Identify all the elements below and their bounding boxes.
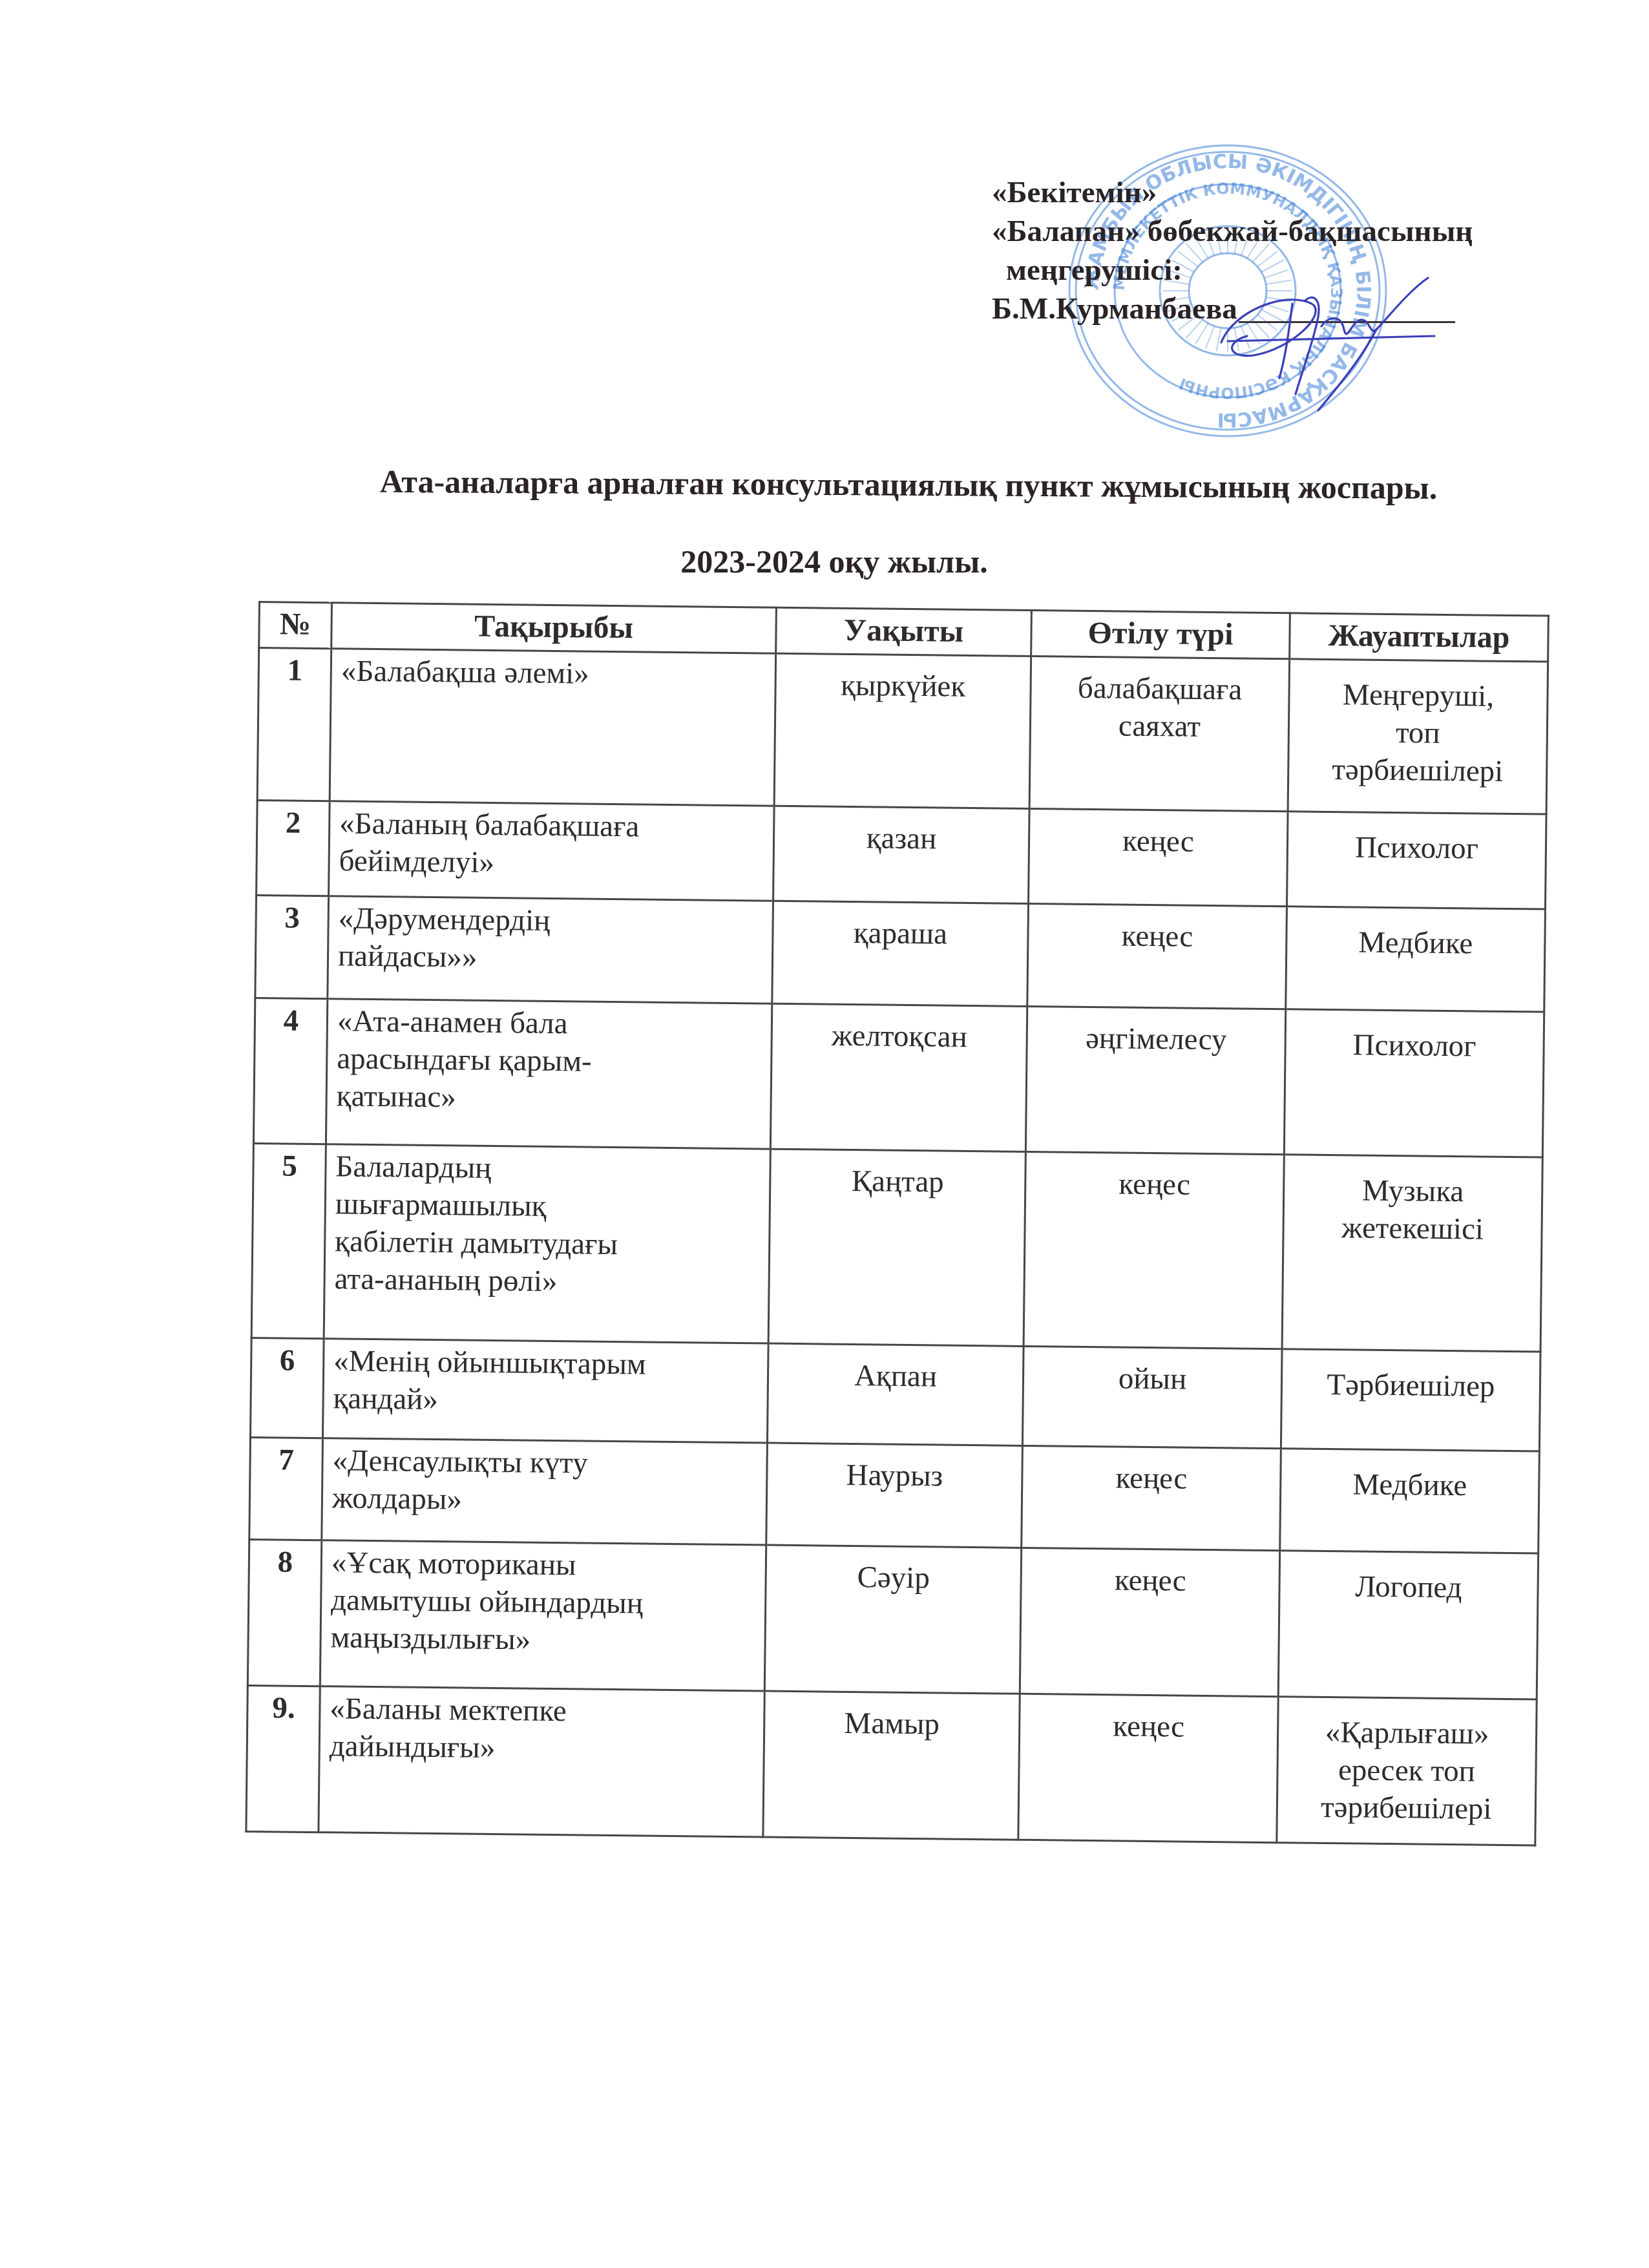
cell-line: ойын (1031, 1359, 1275, 1399)
topic-cell: «Дәрумендердіңпайдасы»» (328, 896, 773, 1003)
responsible-cell: «Қарлығаш»ересек топтәрибешілері (1277, 1697, 1537, 1845)
cell-line: арасындағы қарым- (337, 1040, 764, 1082)
row-number: 6 (250, 1338, 324, 1438)
responsible-cell: Медбике (1286, 907, 1546, 1012)
cell-line: «Балабақша әлемі» (341, 652, 769, 694)
cell-line: кеңес (1036, 821, 1281, 861)
header-form: Өтілу түрі (1031, 610, 1290, 658)
cell-line: Тәрбиешілер (1289, 1365, 1533, 1405)
row-number: 2 (257, 800, 330, 896)
cell-line: тәрибешілері (1285, 1788, 1529, 1828)
time-cell: қараша (772, 901, 1029, 1006)
cell-line: Психолог (1292, 1025, 1537, 1066)
row-number: 8 (247, 1539, 321, 1686)
time-cell: Наурыз (766, 1443, 1023, 1548)
cell-line: бейімделуі» (339, 842, 766, 884)
cell-line: дайындығы» (330, 1727, 757, 1769)
cell-line: «Денсаулықты күту (332, 1442, 760, 1484)
header-time: Уақыты (776, 607, 1032, 656)
signature-line (1239, 320, 1455, 323)
cell-line: балабақшаға (1038, 669, 1282, 709)
time-cell: Сәуір (764, 1545, 1021, 1694)
cell-line: маңыздылығы» (330, 1619, 758, 1661)
table-row: 3«Дәрумендердіңпайдасы»»қарашакеңесМедби… (255, 895, 1546, 1012)
form-cell: кеңес (1024, 1151, 1284, 1349)
table-row: 8«Ұсақ моториканыдамытушы ойындардыңмаңы… (247, 1539, 1538, 1699)
table-row: 6«Менің ойыншықтарымқандай»АқпанойынТәрб… (250, 1338, 1540, 1451)
time-cell: қазан (773, 806, 1030, 903)
time-cell: Қаңтар (768, 1149, 1025, 1346)
cell-line: дамытушы ойындардың (331, 1581, 759, 1623)
topic-cell: «Менің ойыншықтарымқандай» (322, 1339, 768, 1443)
cell-line: Меңгеруші, (1296, 675, 1540, 715)
form-cell: әңгімелесу (1025, 1006, 1285, 1154)
cell-line: кеңес (1029, 1458, 1274, 1498)
cell-line: саяхат (1038, 706, 1282, 746)
topic-cell: «Баланы мектепкедайындығы» (319, 1686, 764, 1837)
row-number: 7 (249, 1437, 323, 1540)
form-cell: кеңес (1022, 1445, 1281, 1550)
form-cell: кеңес (1020, 1548, 1279, 1696)
responsible-cell: Меңгеруші,топтәрбиешілері (1288, 659, 1548, 814)
cell-line: Психолог (1295, 828, 1539, 868)
cell-line: шығармашылық (335, 1185, 763, 1227)
academic-year: 2023-2024 оқу жылы. (0, 543, 1649, 580)
topic-cell: Балалардыңшығармашылыққабілетін дамытуда… (324, 1144, 770, 1343)
responsible-cell: Логопед (1278, 1551, 1538, 1699)
cell-line: «Менің ойыншықтарым (333, 1342, 761, 1384)
time-cell: Мамыр (763, 1691, 1020, 1840)
topic-cell: «Баланың балабақшағабейімделуі» (329, 801, 775, 901)
approval-block: «Бекітемін» «Балапан» бөбекжай-бақшасыны… (992, 173, 1473, 328)
row-number: 1 (257, 648, 331, 801)
plan-table: № Тақырыбы Уақыты Өтілу түрі Жауаптылар … (245, 601, 1549, 1847)
cell-line: тәрбиешілері (1296, 750, 1540, 790)
cell-line: «Ата-анамен бала (337, 1002, 765, 1044)
header-number: № (259, 602, 332, 649)
table-row: 5Балалардыңшығармашылыққабілетін дамытуд… (251, 1143, 1542, 1352)
responsible-cell: Медбике (1280, 1449, 1540, 1553)
header-topic: Тақырыбы (331, 603, 777, 653)
position-title: меңгерушісі: (992, 251, 1473, 289)
form-cell: балабақшағасаяхат (1029, 656, 1290, 811)
row-number: 4 (253, 998, 327, 1144)
cell-line: қатынас» (336, 1077, 764, 1119)
cell-line: «Дәрумендердің (338, 899, 766, 941)
topic-cell: «Ата-анамен балаарасындағы қарым-қатынас… (326, 999, 772, 1149)
cell-line: кеңес (1033, 1164, 1277, 1204)
header-responsible: Жауаптылар (1290, 613, 1549, 662)
table-row: 4«Ата-анамен балаарасындағы қарым-қатына… (253, 998, 1544, 1157)
table-row: 2«Баланың балабақшағабейімделуі»қазанкең… (257, 800, 1546, 909)
form-cell: кеңес (1027, 903, 1287, 1009)
responsible-cell: Тәрбиешілер (1281, 1349, 1540, 1451)
cell-line: қабілетін дамытудағы (335, 1223, 762, 1265)
cell-line: «Қарлығаш» (1285, 1713, 1529, 1753)
signer-row: Б.М.Курманбаева (992, 289, 1473, 328)
cell-line: жолдары» (332, 1479, 760, 1521)
row-number: 3 (255, 895, 329, 998)
plan-table-container: № Тақырыбы Уақыты Өтілу түрі Жауаптылар … (245, 601, 1549, 1847)
cell-line: ата-ананың рөлі» (334, 1260, 762, 1302)
row-number: 9. (246, 1685, 320, 1832)
cell-line: қандай» (333, 1380, 761, 1422)
cell-line: Балалардың (335, 1148, 763, 1190)
cell-line: ересек топ (1285, 1750, 1529, 1790)
document-title: Ата-аналарға арналған консультациялық пу… (0, 460, 1649, 508)
cell-line: «Баланың балабақшаға (339, 804, 767, 846)
time-cell: қыркүйек (774, 653, 1031, 808)
cell-line: «Баланы мектепке (330, 1690, 757, 1732)
approval-heading: «Бекітемін» (992, 173, 1473, 212)
cell-line: топ (1296, 713, 1540, 753)
responsible-cell: Психолог (1287, 812, 1546, 909)
cell-line: Музыка (1291, 1171, 1535, 1211)
signer-name: Б.М.Курманбаева (992, 289, 1237, 328)
cell-line: Логопед (1287, 1567, 1531, 1607)
topic-cell: «Балабақша әлемі» (330, 649, 776, 806)
cell-line: пайдасы»» (338, 937, 766, 979)
table-row: 9.«Баланы мектепкедайындығы»Мамыркеңес«Қ… (246, 1685, 1537, 1845)
time-cell: желтоқсан (770, 1003, 1027, 1151)
row-number: 5 (251, 1143, 326, 1338)
table-row: 7«Денсаулықты күтужолдары»НаурызкеңесМед… (249, 1437, 1540, 1553)
responsible-cell: Психолог (1284, 1009, 1544, 1157)
cell-line: кеңес (1028, 1560, 1272, 1601)
cell-line: Медбике (1288, 1465, 1532, 1505)
topic-cell: «Ұсақ моториканыдамытушы ойындардыңмаңыз… (320, 1540, 766, 1691)
table-row: 1«Балабақша әлемі»қыркүйекбалабақшағасая… (257, 648, 1548, 815)
cell-line: Медбике (1294, 923, 1538, 963)
responsible-cell: Музыкажетекешісі (1282, 1155, 1542, 1352)
form-cell: кеңес (1018, 1694, 1278, 1842)
time-cell: Ақпан (767, 1343, 1024, 1445)
cell-line: кеңес (1035, 916, 1279, 956)
form-cell: ойын (1022, 1346, 1282, 1448)
cell-line: әңгімелесу (1034, 1019, 1278, 1059)
form-cell: кеңес (1029, 808, 1288, 906)
institution-name: «Балапан» бөбекжай-бақшасының (992, 212, 1473, 251)
cell-line: «Ұсақ моториканы (331, 1544, 759, 1586)
table-body: 1«Балабақша әлемі»қыркүйекбалабақшағасая… (246, 648, 1548, 1845)
topic-cell: «Денсаулықты күтужолдары» (322, 1438, 768, 1545)
cell-line: жетекешісі (1290, 1208, 1535, 1248)
cell-line: кеңес (1027, 1706, 1271, 1747)
